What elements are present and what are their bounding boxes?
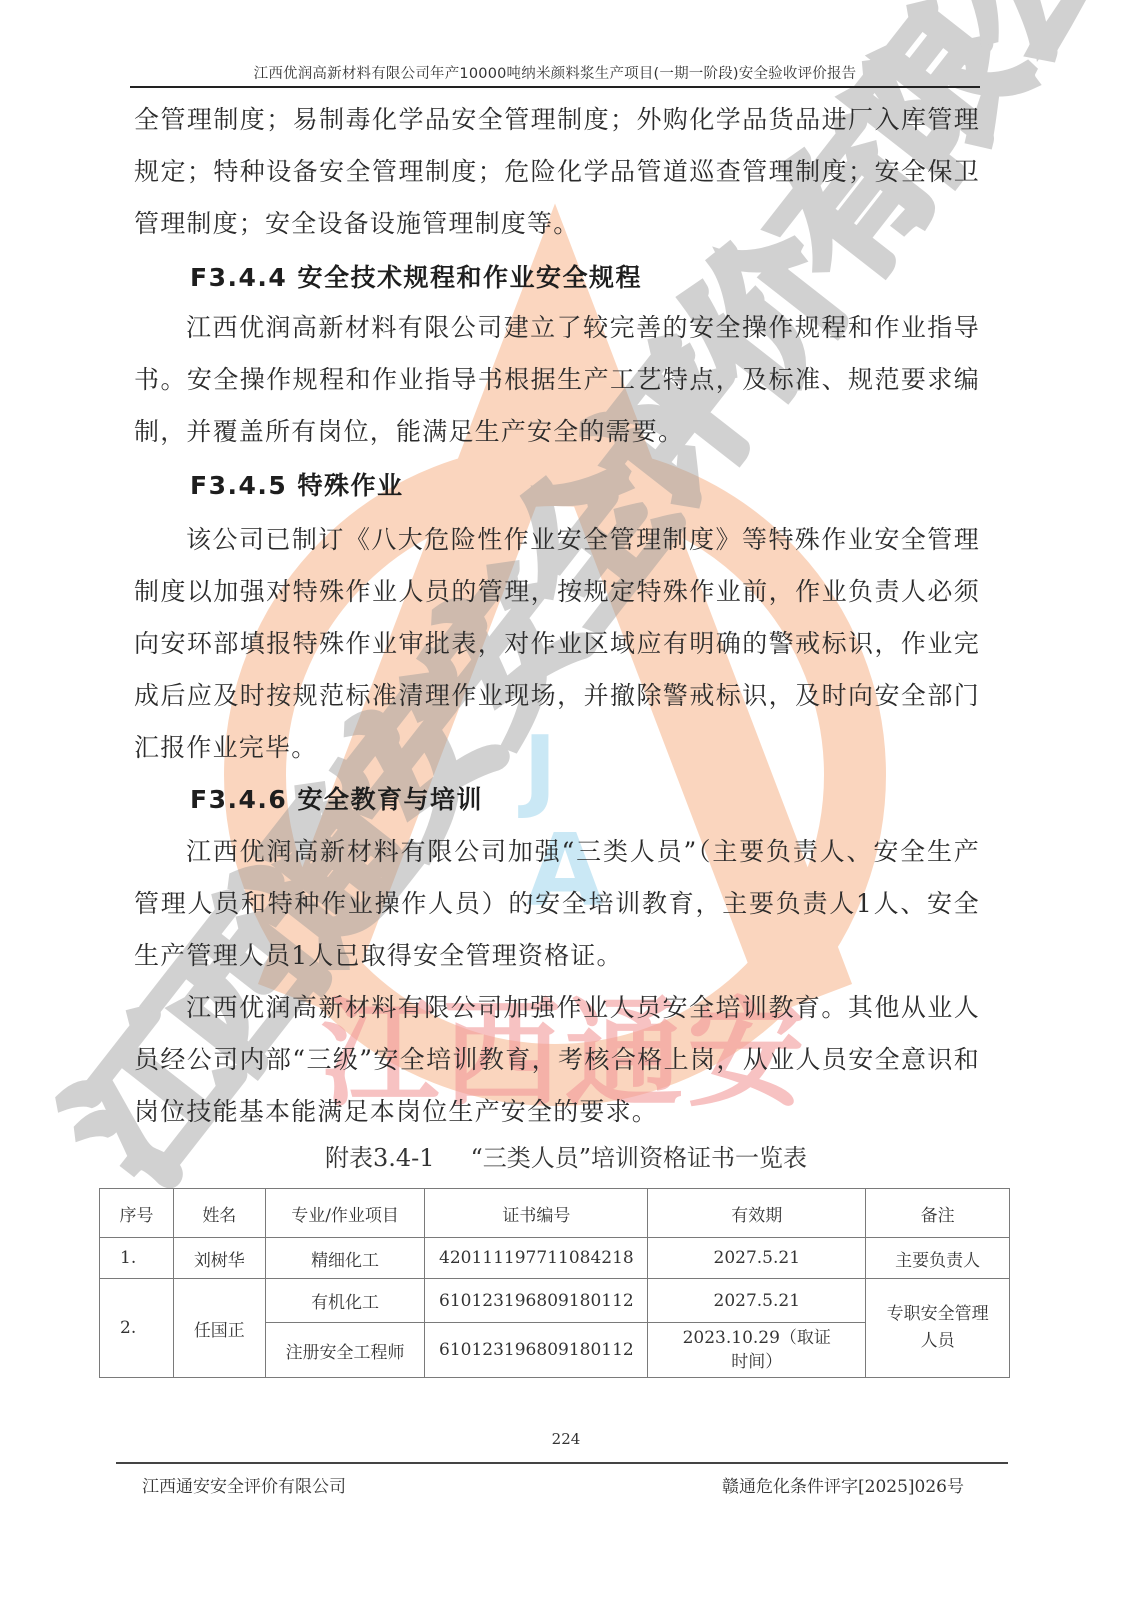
cell-remark: 主要负责人 bbox=[866, 1238, 1010, 1279]
cell-valid-until: 2023.10.29（取证时间） bbox=[648, 1323, 866, 1378]
header-cell: 序号 bbox=[100, 1189, 174, 1238]
paragraph: 江西优润高新材料有限公司建立了较完善的安全操作规程和作业指导书。安全操作规程和作… bbox=[134, 302, 980, 458]
certificate-table: 序号 姓名 专业/作业项目 证书编号 有效期 备注 1. 刘树华 精细化工 42… bbox=[99, 1188, 1010, 1378]
footer-company: 江西通安安全评价有限公司 bbox=[142, 1472, 346, 1497]
table-row: 2. 任国正 有机化工 610123196809180112 2027.5.21… bbox=[100, 1279, 1010, 1323]
header-cell: 证书编号 bbox=[425, 1189, 648, 1238]
cell-valid-until: 2027.5.21 bbox=[648, 1238, 866, 1279]
cell-name: 任国正 bbox=[173, 1279, 265, 1378]
cell-cert-no: 610123196809180112 bbox=[425, 1323, 648, 1378]
header-cell: 备注 bbox=[866, 1189, 1010, 1238]
table-caption: 附表3.4-1“三类人员”培训资格证书一览表 bbox=[0, 1138, 1132, 1173]
cell-specialty: 有机化工 bbox=[265, 1279, 425, 1323]
cell-cert-no: 420111197711084218 bbox=[425, 1238, 648, 1279]
paragraph: 江西优润高新材料有限公司加强作业人员安全培训教育。其他从业人员经公司内部“三级”… bbox=[134, 982, 980, 1138]
running-header: 江西优润高新材料有限公司年产10000吨纳米颜料浆生产项目(一期一阶段)安全验收… bbox=[130, 62, 980, 83]
section-f346-body: 江西优润高新材料有限公司加强“三类人员”（主要负责人、安全生产管理人员和特种作业… bbox=[134, 826, 980, 1138]
section-heading-f346: F3.4.6 安全教育与培训 bbox=[190, 780, 483, 816]
section-heading-f345: F3.4.5 特殊作业 bbox=[190, 466, 403, 502]
table-caption-title: “三类人员”培训资格证书一览表 bbox=[471, 1144, 808, 1172]
footer-report-number: 赣通危化条件评字[2025]026号 bbox=[722, 1472, 964, 1497]
cell-cert-no: 610123196809180112 bbox=[425, 1279, 648, 1323]
continuation-paragraph: 全管理制度；易制毒化学品安全管理制度；外购化学品货品进厂入库管理规定；特种设备安… bbox=[134, 94, 980, 250]
paragraph: 该公司已制订《八大危险性作业安全管理制度》等特殊作业安全管理制度以加强对特殊作业… bbox=[134, 514, 980, 774]
section-f344-body: 江西优润高新材料有限公司建立了较完善的安全操作规程和作业指导书。安全操作规程和作… bbox=[134, 302, 980, 458]
header-rule bbox=[130, 86, 980, 88]
table-row: 1. 刘树华 精细化工 420111197711084218 2027.5.21… bbox=[100, 1238, 1010, 1279]
paragraph: 江西优润高新材料有限公司加强“三类人员”（主要负责人、安全生产管理人员和特种作业… bbox=[134, 826, 980, 982]
table-caption-number: 附表3.4-1 bbox=[325, 1144, 435, 1172]
section-f345-body: 该公司已制订《八大危险性作业安全管理制度》等特殊作业安全管理制度以加强对特殊作业… bbox=[134, 514, 980, 774]
header-cell: 有效期 bbox=[648, 1189, 866, 1238]
section-heading-f344: F3.4.4 安全技术规程和作业安全规程 bbox=[190, 258, 642, 294]
cell-specialty: 精细化工 bbox=[265, 1238, 425, 1279]
cell-valid-until: 2027.5.21 bbox=[648, 1279, 866, 1323]
footer-rule bbox=[116, 1462, 1008, 1464]
cell-remark: 专职安全管理人员 bbox=[866, 1279, 1010, 1378]
header-cell: 姓名 bbox=[173, 1189, 265, 1238]
cell-name: 刘树华 bbox=[173, 1238, 265, 1279]
cell-no: 1. bbox=[100, 1238, 174, 1279]
page-number: 224 bbox=[0, 1430, 1132, 1448]
continuation-paragraph-block: 全管理制度；易制毒化学品安全管理制度；外购化学品货品进厂入库管理规定；特种设备安… bbox=[134, 94, 980, 250]
cell-specialty: 注册安全工程师 bbox=[265, 1323, 425, 1378]
table-header-row: 序号 姓名 专业/作业项目 证书编号 有效期 备注 bbox=[100, 1189, 1010, 1238]
cell-no: 2. bbox=[100, 1279, 174, 1378]
header-cell: 专业/作业项目 bbox=[265, 1189, 425, 1238]
